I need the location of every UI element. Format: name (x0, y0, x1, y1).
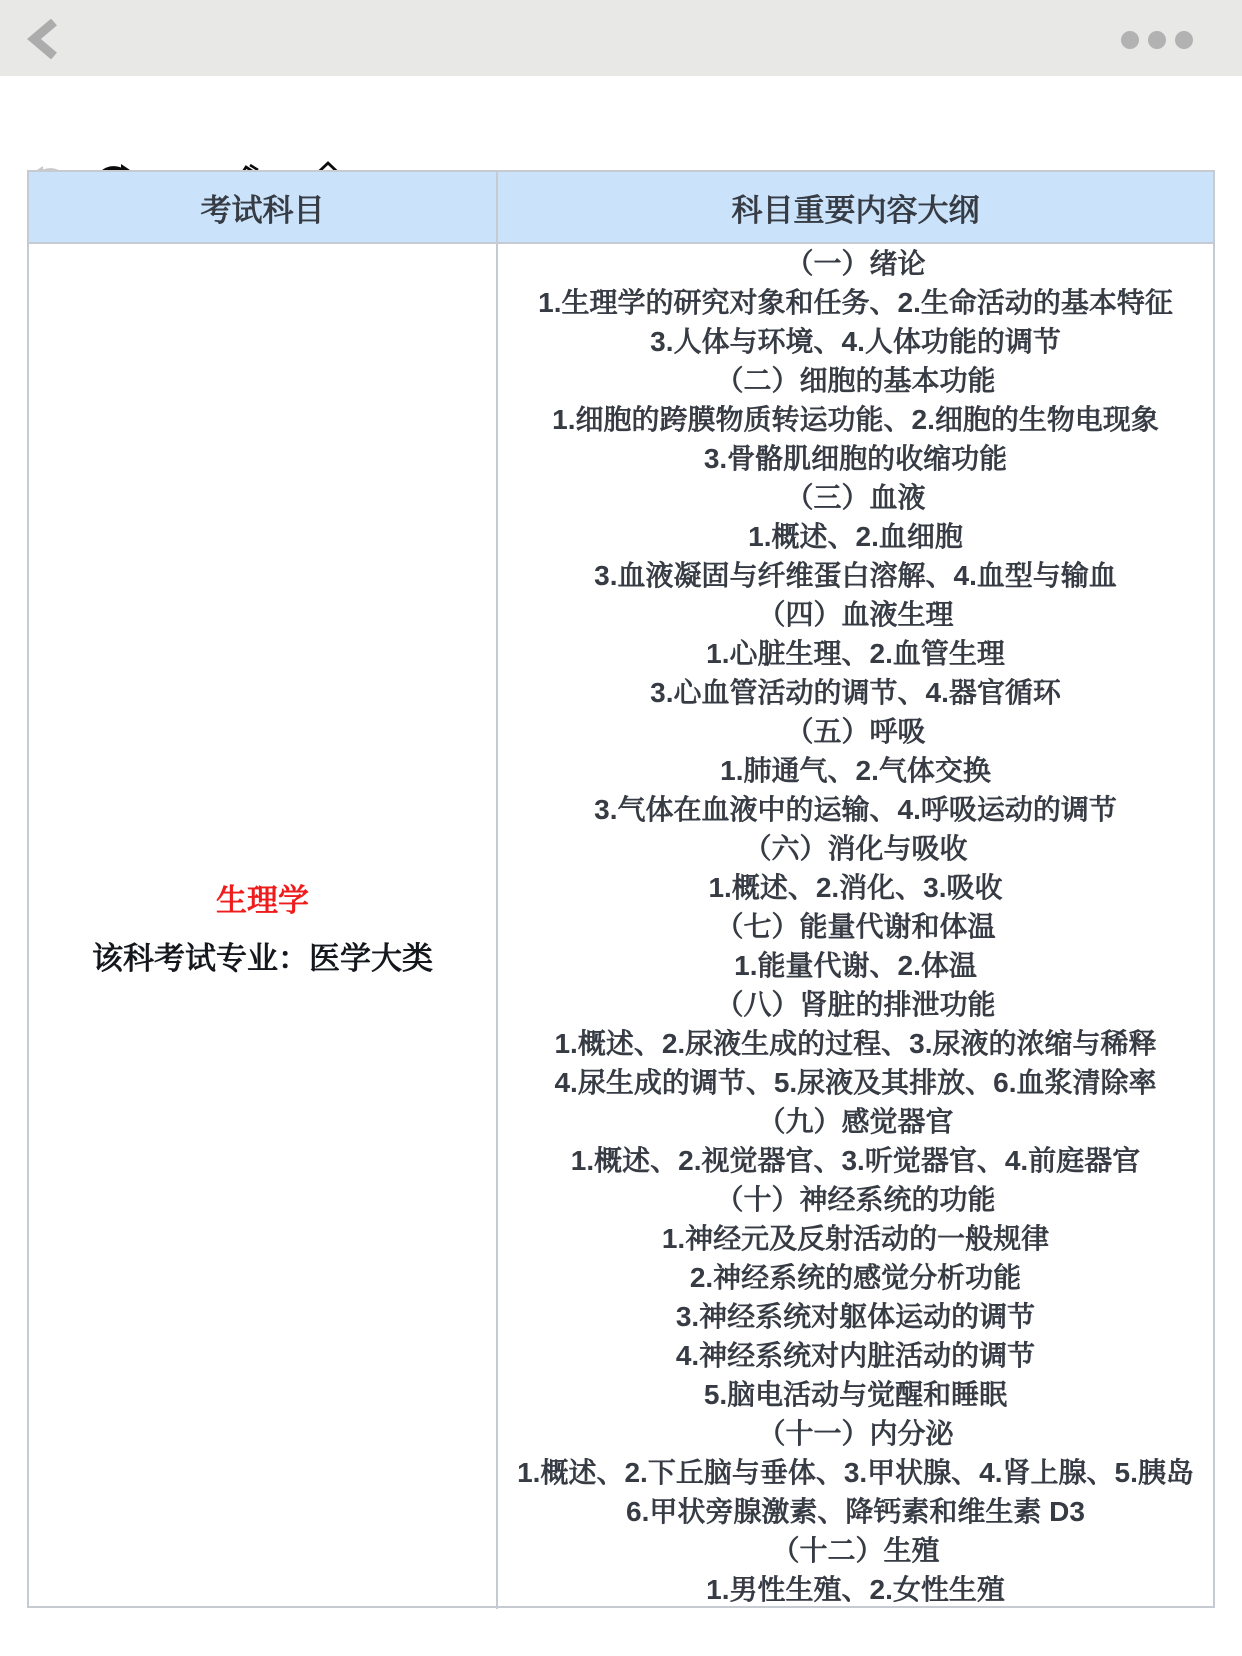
nav-bar (0, 0, 1242, 76)
outline-line: （九）感觉器官 (757, 1102, 953, 1141)
outline-line: 1.神经元及反射活动的一般规律 (662, 1219, 1049, 1258)
outline-cell: （一）绪论1.生理学的研究对象和任务、2.生命活动的基本特征3.人体与环境、4.… (498, 244, 1213, 1609)
outline-line: 1.概述、2.消化、3.吸收 (708, 868, 1002, 907)
outline-line: 1.细胞的跨膜物质转运功能、2.细胞的生物电现象 (552, 400, 1159, 439)
exam-table: 考试科目 科目重要内容大纲 生理学 该科考试专业：医学大类 （一）绪论1.生理学… (27, 170, 1215, 1608)
outline-line: 3.心血管活动的调节、4.器官循环 (650, 673, 1061, 712)
outline-line: （十）神经系统的功能 (715, 1180, 995, 1219)
outline-line: （十一）内分泌 (757, 1414, 953, 1453)
outline-line: （六）消化与吸收 (743, 829, 967, 868)
outline-line: 1.概述、2.视觉器官、3.听觉器官、4.前庭器官 (571, 1141, 1140, 1180)
back-button[interactable] (26, 19, 62, 59)
outline-line: 3.血液凝固与纤维蛋白溶解、4.血型与输血 (594, 556, 1117, 595)
ellipsis-dot (1148, 31, 1166, 49)
outline-line: （四）血液生理 (757, 595, 953, 634)
column-header-outline: 科目重要内容大纲 (498, 172, 1213, 244)
chevron-left-icon (26, 19, 62, 59)
outline-line: 4.尿生成的调节、5.尿液及其排放、6.血浆清除率 (554, 1063, 1156, 1102)
outline-line: 6.甲状旁腺激素、降钙素和维生素 D3 (626, 1492, 1085, 1531)
outline-line: （二）细胞的基本功能 (715, 361, 995, 400)
subject-name: 生理学 (216, 875, 309, 920)
outline-line: （三）血液 (785, 478, 925, 517)
annotation-toolbar (0, 76, 1242, 170)
outline-line: （五）呼吸 (785, 712, 925, 751)
outline-line: 1.男性生殖、2.女性生殖 (706, 1570, 1005, 1609)
outline-line: 1.肺通气、2.气体交换 (720, 751, 991, 790)
outline-line: 1.心脏生理、2.血管生理 (706, 634, 1005, 673)
outline-line: 2.神经系统的感觉分析功能 (690, 1258, 1021, 1297)
outline-line: （七）能量代谢和体温 (715, 907, 995, 946)
outline-line: （一）绪论 (785, 244, 925, 283)
subject-majors: 该科考试专业：医学大类 (92, 933, 433, 978)
ellipsis-dot (1175, 31, 1193, 49)
outline-line: 1.生理学的研究对象和任务、2.生命活动的基本特征 (538, 283, 1173, 322)
more-menu-button[interactable] (1121, 31, 1193, 49)
column-header-subject: 考试科目 (29, 172, 498, 244)
outline-line: 3.气体在血液中的运输、4.呼吸运动的调节 (594, 790, 1117, 829)
outline-line: （十二）生殖 (771, 1531, 939, 1570)
ellipsis-dot (1121, 31, 1139, 49)
outline-line: 1.能量代谢、2.体温 (734, 946, 977, 985)
outline-line: （八）肾脏的排泄功能 (715, 985, 995, 1024)
subject-cell: 生理学 该科考试专业：医学大类 (29, 244, 498, 1609)
outline-line: 3.神经系统对躯体运动的调节 (676, 1297, 1035, 1336)
outline-line: 1.概述、2.血细胞 (748, 517, 963, 556)
outline-line: 1.概述、2.下丘脑与垂体、3.甲状腺、4.肾上腺、5.胰岛 (517, 1453, 1194, 1492)
outline-line: 3.骨骼肌细胞的收缩功能 (704, 439, 1007, 478)
outline-line: 5.脑电活动与觉醒和睡眠 (704, 1375, 1007, 1414)
outline-line: 1.概述、2.尿液生成的过程、3.尿液的浓缩与稀释 (554, 1024, 1156, 1063)
outline-line: 3.人体与环境、4.人体功能的调节 (650, 322, 1061, 361)
outline-line: 4.神经系统对内脏活动的调节 (676, 1336, 1035, 1375)
